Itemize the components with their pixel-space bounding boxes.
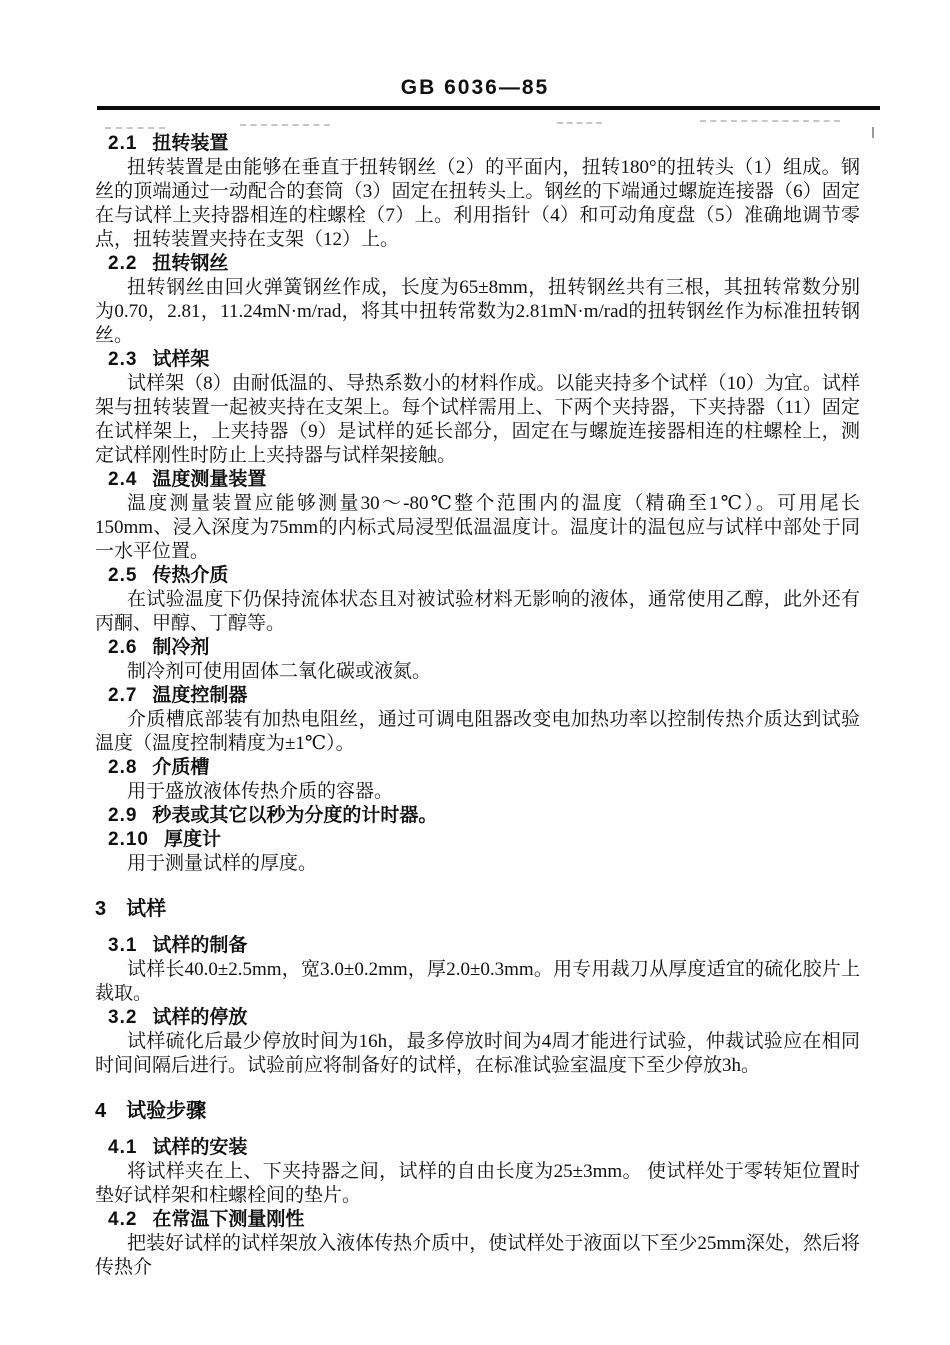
header-rule xyxy=(97,106,880,110)
clause-number: 2.10 xyxy=(108,829,149,850)
clause-number: 4.2 xyxy=(108,1209,137,1230)
scan-artifact xyxy=(240,124,330,126)
clause-number: 2.9 xyxy=(108,805,137,826)
chapter-number: 3 xyxy=(95,898,106,920)
chapter-number: 4 xyxy=(95,1100,106,1122)
paragraph: 介质槽底部装有加热电阻丝，通过可调电阻器改变电加热功率以控制传热介质达到试验温度… xyxy=(95,708,860,756)
clause-heading: 2.2扭转钢丝 xyxy=(95,252,860,276)
clause-heading: 2.9秒表或其它以秒为分度的计时器。 xyxy=(95,804,860,828)
clause-title: 试样的停放 xyxy=(152,1007,247,1028)
document-page: GB 6036—85 2.1扭转装置扭转装置是由能够在垂直于扭转钢丝（2）的平面… xyxy=(0,0,950,1345)
paragraph: 将试样夹在上、下夹持器之间，试样的自由长度为25±3mm。 使试样处于零转矩位置… xyxy=(95,1160,860,1208)
clause-title: 传热介质 xyxy=(152,565,228,586)
paragraph: 用于盛放液体传热介质的容器。 xyxy=(95,780,860,804)
paragraph: 温度测量装置应能够测量30～-80℃整个范围内的温度（精确至1℃）。可用尾长15… xyxy=(95,492,860,564)
clause-number: 2.8 xyxy=(108,757,137,778)
clause-number: 2.1 xyxy=(108,133,137,154)
clause-number: 4.1 xyxy=(108,1137,137,1158)
clause-title: 厚度计 xyxy=(164,829,221,850)
clause-title: 制冷剂 xyxy=(152,637,209,658)
document-body: 2.1扭转装置扭转装置是由能够在垂直于扭转钢丝（2）的平面内，扭转180°的扭转… xyxy=(95,132,860,1280)
clause-heading: 3.2试样的停放 xyxy=(95,1006,860,1030)
clause-title: 在常温下测量刚性 xyxy=(152,1209,304,1230)
chapter-heading: 4试验步骤 xyxy=(95,1099,860,1123)
clause-title: 温度控制器 xyxy=(152,685,247,706)
paragraph: 扭转钢丝由回火弹簧钢丝作成，长度为65±8mm，扭转钢丝共有三根，其扭转常数分别… xyxy=(95,276,860,348)
clause-number: 2.2 xyxy=(108,253,137,274)
paragraph: 把装好试样的试样架放入液体传热介质中，使试样处于液面以下至少25mm深处，然后将… xyxy=(95,1232,860,1280)
page-header: GB 6036—85 xyxy=(0,76,950,100)
paragraph: 试样硫化后最少停放时间为16h，最多停放时间为4周才能进行试验，仲裁试验应在相同… xyxy=(95,1030,860,1078)
chapter-heading: 3试样 xyxy=(95,897,860,921)
clause-number: 3.2 xyxy=(108,1007,137,1028)
clause-heading: 4.2在常温下测量刚性 xyxy=(95,1208,860,1232)
clause-title: 试样的安装 xyxy=(152,1137,247,1158)
paragraph: 试样长40.0±2.5mm，宽3.0±0.2mm，厚2.0±0.3mm。用专用裁… xyxy=(95,958,860,1006)
clause-heading: 2.10厚度计 xyxy=(95,828,860,852)
paragraph: 制冷剂可使用固体二氧化碳或液氮。 xyxy=(95,660,860,684)
clause-heading: 2.7温度控制器 xyxy=(95,684,860,708)
paragraph: 试样架（8）由耐低温的、导热系数小的材料作成。以能夹持多个试样（10）为宜。试样… xyxy=(95,372,860,468)
paragraph: 在试验温度下仍保持流体状态且对被试验材料无影响的液体，通常使用乙醇，此外还有丙酮… xyxy=(95,588,860,636)
clause-number: 2.3 xyxy=(108,349,137,370)
clause-number: 2.5 xyxy=(108,565,137,586)
clause-number: 2.7 xyxy=(108,685,137,706)
clause-heading: 2.4温度测量装置 xyxy=(95,468,860,492)
clause-heading: 2.5传热介质 xyxy=(95,564,860,588)
chapter-title: 试验步骤 xyxy=(126,1100,206,1122)
paragraph: 用于测量试样的厚度。 xyxy=(95,852,860,876)
standard-number: GB 6036—85 xyxy=(401,76,549,99)
clause-heading: 2.3试样架 xyxy=(95,348,860,372)
clause-title: 试样的制备 xyxy=(152,935,247,956)
clause-title: 秒表或其它以秒为分度的计时器。 xyxy=(152,805,437,826)
clause-heading: 2.8介质槽 xyxy=(95,756,860,780)
clause-number: 2.6 xyxy=(108,637,137,658)
scan-artifact xyxy=(105,127,165,129)
clause-title: 扭转钢丝 xyxy=(152,253,228,274)
clause-title: 温度测量装置 xyxy=(152,469,266,490)
clause-heading: 2.6制冷剂 xyxy=(95,636,860,660)
scan-artifact xyxy=(872,127,874,138)
clause-heading: 3.1试样的制备 xyxy=(95,934,860,958)
clause-heading: 2.1扭转装置 xyxy=(95,132,860,156)
clause-number: 2.4 xyxy=(108,469,137,490)
clause-heading: 4.1试样的安装 xyxy=(95,1136,860,1160)
scan-artifact xyxy=(700,120,840,122)
clause-title: 试样架 xyxy=(152,349,209,370)
clause-number: 3.1 xyxy=(108,935,137,956)
chapter-title: 试样 xyxy=(126,898,166,920)
paragraph: 扭转装置是由能够在垂直于扭转钢丝（2）的平面内，扭转180°的扭转头（1）组成。… xyxy=(95,156,860,252)
clause-title: 扭转装置 xyxy=(152,133,228,154)
clause-title: 介质槽 xyxy=(152,757,209,778)
scan-artifact xyxy=(557,122,602,124)
